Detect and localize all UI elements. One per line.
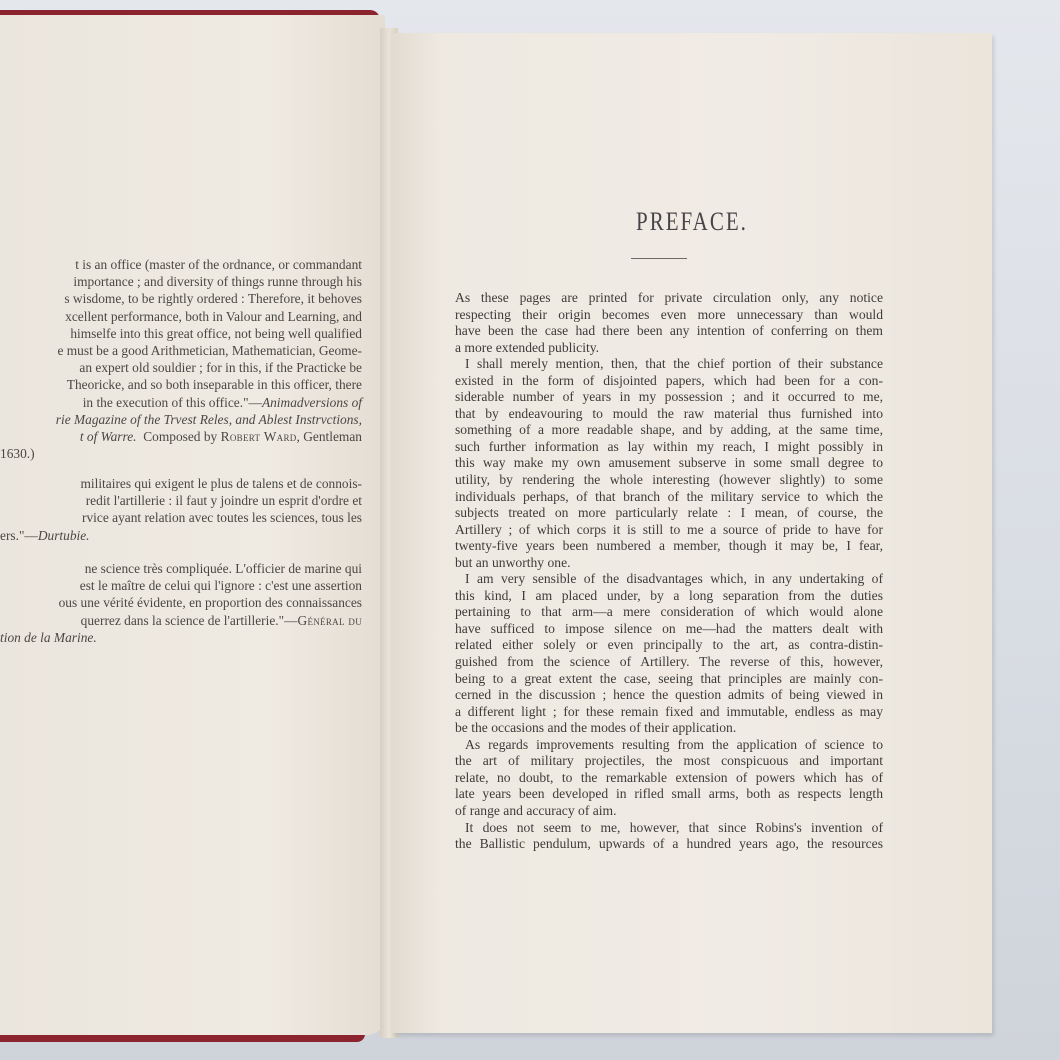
quote-line: in the execution of this office."—Animad… — [0, 394, 362, 411]
quote-line: himselfe into this great office, not bei… — [0, 325, 362, 342]
body-line: relate, no doubt, to the remarkable exte… — [455, 770, 883, 787]
quote-line: querrez dans la science de l'artillerie.… — [0, 612, 362, 629]
title-rule-divider — [631, 258, 687, 259]
quote-line: ers."—Durtubie. — [0, 527, 362, 544]
quote-source-title: t of Warre. — [80, 429, 137, 444]
body-line: As regards improvements resulting from t… — [455, 737, 883, 754]
body-line: the Ballistic pendulum, upwards of a hun… — [455, 836, 883, 853]
quote-line: ous une vérité évidente, en proportion d… — [0, 594, 362, 611]
quote-line: ne science très compliquée. L'officier d… — [0, 560, 362, 577]
body-line: twenty-five years been numbered a member… — [455, 538, 883, 555]
body-line: this kind, I am placed under, by a long … — [455, 588, 883, 605]
body-line: siderable number of years in my possessi… — [455, 389, 883, 406]
body-line: subjects treated on more particularly re… — [455, 505, 883, 522]
body-line: It does not seem to me, however, that si… — [455, 820, 883, 837]
body-line: being to a great extent the case, seeing… — [455, 671, 883, 688]
body-line: existed in the form of disjointed papers… — [455, 373, 883, 390]
body-line: the art of military projectiles, the mos… — [455, 753, 883, 770]
body-line: late years been developed in rifled smal… — [455, 786, 883, 803]
quote-line: militaires qui exigent le plus de talens… — [0, 475, 362, 492]
body-line: have sufficed to impose silence on me—ha… — [455, 621, 883, 638]
body-line: I shall merely mention, then, that the c… — [455, 356, 883, 373]
quote-line: redit l'artillerie : il faut y joindre u… — [0, 492, 362, 509]
quote-source-title: Animadversions of — [262, 395, 362, 410]
quote-text: in the execution of this office."— — [83, 395, 262, 410]
quote-source-title: tion de la Marine. — [0, 629, 362, 646]
quote-line: t of Warre. Composed by Robert Ward, Gen… — [0, 428, 362, 445]
quote-line: rvice ayant relation avec toutes les sci… — [0, 509, 362, 526]
quote-line: an expert old souldier ; for in this, if… — [0, 359, 362, 376]
quote-line: Theoricke, and so both inseparable in th… — [0, 376, 362, 393]
quote-text: querrez dans la science de l'artillerie.… — [81, 613, 298, 628]
quote-line: xcellent performance, both in Valour and… — [0, 308, 362, 325]
quote-text: , Gentleman — [297, 429, 362, 444]
quote-line: est le maître de celui qui l'ignore : c'… — [0, 577, 362, 594]
quote-line: 1630.) — [0, 445, 362, 462]
body-line: such further information as lay within m… — [455, 439, 883, 456]
body-line: this way make my own amusement subserve … — [455, 455, 883, 472]
body-line: I am very sensible of the disadvantages … — [455, 571, 883, 588]
quote-author: Général du — [297, 613, 362, 628]
body-line: Artillery ; of which corps it is still t… — [455, 522, 883, 539]
body-line: but an unworthy one. — [455, 555, 883, 572]
body-line: of range and accuracy of aim. — [455, 803, 883, 820]
epigraph-quote-durtubie: militaires qui exigent le plus de talens… — [0, 475, 362, 544]
quote-author: Robert Ward — [221, 429, 297, 444]
body-line: a more extended publicity. — [455, 340, 883, 357]
body-line: utility, by rendering the whole interest… — [455, 472, 883, 489]
body-line: that by endeavouring to mould the raw ma… — [455, 406, 883, 423]
body-line: cerned in the discussion ; hence the que… — [455, 687, 883, 704]
page-title: PREFACE. — [392, 206, 992, 237]
body-line: As these pages are printed for private c… — [455, 290, 883, 307]
body-line: pertaining to that arm—a mere considerat… — [455, 604, 883, 621]
body-line: respecting their origin becomes even mor… — [455, 307, 883, 324]
body-line: have been the case had there been any in… — [455, 323, 883, 340]
quote-source-title: rie Magazine of the Trvest Reles, and Ab… — [0, 411, 362, 428]
body-line: related either solely or even principall… — [455, 637, 883, 654]
epigraph-quote-marine: ne science très compliquée. L'officier d… — [0, 560, 362, 646]
quote-text: Composed by — [143, 429, 217, 444]
quote-line: t is an office (master of the ordnance, … — [0, 256, 362, 273]
body-line: a different light ; for these remain fix… — [455, 704, 883, 721]
quote-line: s wisdome, to be rightly ordered : There… — [0, 290, 362, 307]
quote-line: importance ; and diversity of things run… — [0, 273, 362, 290]
preface-body: As these pages are printed for private c… — [455, 290, 883, 853]
quote-author: Durtubie. — [38, 528, 90, 543]
quote-line: e must be a good Arithmetician, Mathemat… — [0, 342, 362, 359]
body-line: guished from the science of Artillery. T… — [455, 654, 883, 671]
body-line: something of a more readable shape, and … — [455, 422, 883, 439]
body-line: individuals perhaps, of that branch of t… — [455, 489, 883, 506]
epigraph-quote-ward: t is an office (master of the ordnance, … — [0, 256, 362, 462]
quote-text: ers."— — [0, 528, 38, 543]
body-line: be the occasions and the modes of their … — [455, 720, 883, 737]
